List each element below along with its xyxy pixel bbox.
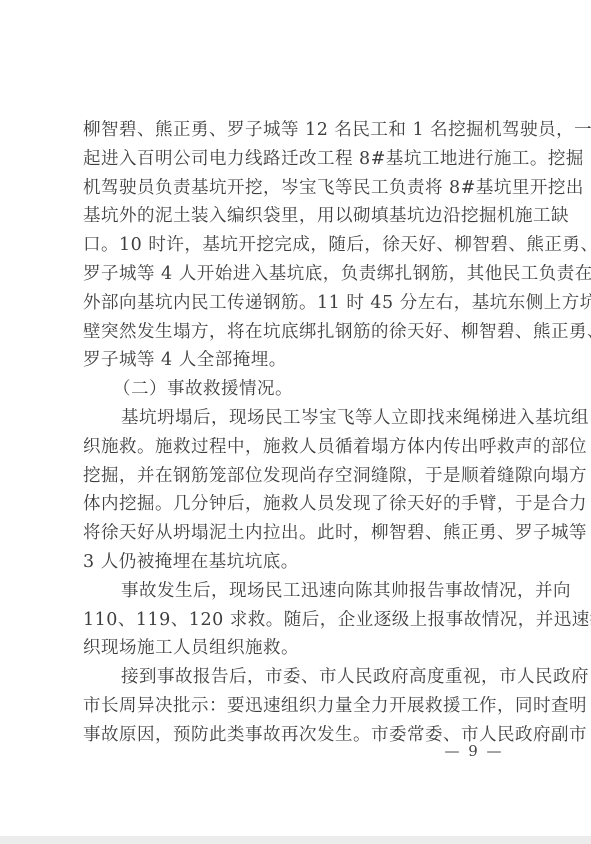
section-heading: （二）事故救援情况。 xyxy=(83,375,523,404)
text-line: 事故发生后，现场民工迅速向陈其帅报告事故情况，并向 xyxy=(83,577,523,606)
text-line: 织现场施工人员组织施救。 xyxy=(83,634,523,663)
text-line: 口。10 时许，基坑开挖完成，随后，徐天好、柳智碧、熊正勇、 xyxy=(83,231,523,260)
text-line: 挖掘，并在钢筋笼部位发现尚存空洞缝隙，于是顺着缝隙向塌方 xyxy=(83,462,523,491)
text-line: 罗子城等 4 人开始进入基坑底，负责绑扎钢筋，其他民工负责在 xyxy=(83,260,523,289)
text-line: 110、119、120 求救。随后，企业逐级上报事故情况，并迅速组 xyxy=(83,606,523,635)
text-line: 机驾驶员负责基坑开挖，岑宝飞等民工负责将 8#基坑里开挖出 xyxy=(83,174,523,203)
text-line: 将徐天好从坍塌泥土内拉出。此时，柳智碧、熊正勇、罗子城等 xyxy=(83,519,523,548)
text-line: 罗子城等 4 人全部掩埋。 xyxy=(83,346,523,375)
text-line: 外部向基坑内民工传递钢筋。11 时 45 分左右，基坑东侧上方坑 xyxy=(83,289,523,318)
text-line: 壁突然发生塌方，将在坑底绑扎钢筋的徐天好、柳智碧、熊正勇、 xyxy=(83,318,523,347)
page-number: — 9 — xyxy=(444,742,504,760)
text-line: 接到事故报告后，市委、市人民政府高度重视，市人民政府 xyxy=(83,663,523,692)
document-body: 柳智碧、熊正勇、罗子城等 12 名民工和 1 名挖掘机驾驶员，一 起进入百明公司… xyxy=(83,116,523,750)
text-line: 基坑外的泥土装入编织袋里，用以砌填基坑边沿挖掘机施工缺 xyxy=(83,202,523,231)
text-line: 市长周异决批示：要迅速组织力量全力开展救援工作，同时查明 xyxy=(83,692,523,721)
text-line: 起进入百明公司电力线路迁改工程 8#基坑工地进行施工。挖掘 xyxy=(83,145,523,174)
text-line: 体内挖掘。几分钟后，施救人员发现了徐天好的手臂，于是合力 xyxy=(83,490,523,519)
text-line: 基坑坍塌后，现场民工岑宝飞等人立即找来绳梯进入基坑组 xyxy=(83,404,523,433)
text-line: 织施救。施救过程中，施救人员循着塌方体内传出呼救声的部位 xyxy=(83,433,523,462)
document-page: 柳智碧、熊正勇、罗子城等 12 名民工和 1 名挖掘机驾驶员，一 起进入百明公司… xyxy=(0,0,591,836)
text-line: 3 人仍被掩埋在基坑坑底。 xyxy=(83,548,523,577)
text-line: 柳智碧、熊正勇、罗子城等 12 名民工和 1 名挖掘机驾驶员，一 xyxy=(83,116,523,145)
page-edge xyxy=(0,836,591,844)
